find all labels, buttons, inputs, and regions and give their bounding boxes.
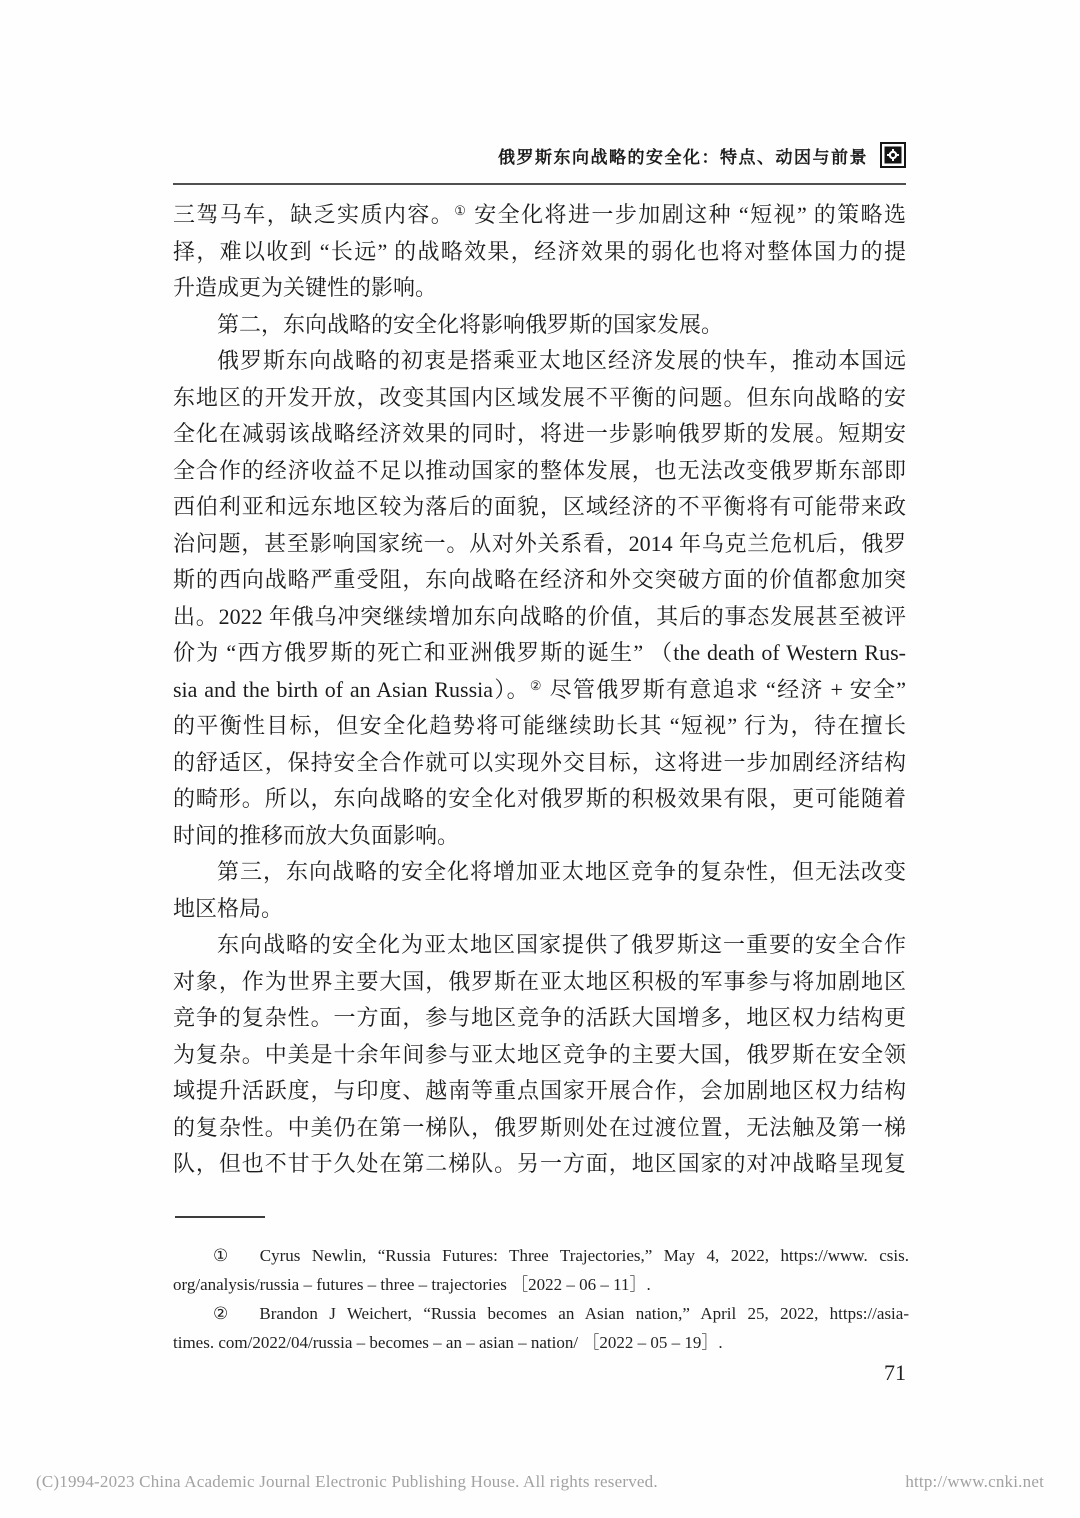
page-footer: (C)1994-2023 China Academic Journal Elec… (0, 1472, 1080, 1492)
text-run: 的平衡性目标，但安全化趋势将可能继续助长其 “短视” 行为，待在擅长 (173, 713, 906, 738)
text-run: 尽管俄罗斯有意追求 “经济 + 安全” (543, 677, 906, 702)
text-run: 东向战略的安全化为亚太地区国家提供了俄罗斯这一重要的安全合作 (217, 932, 906, 957)
body-line: 出。2022 年俄乌冲突继续增加东向战略的价值，其后的事态发展甚至被评 (173, 599, 906, 636)
text-run: 时间的推移而放大负面影响。 (173, 823, 459, 848)
footnote-line: ② Brandon J Weichert, “Russia becomes an… (173, 1299, 909, 1328)
text-run: 对象，作为世界主要大国，俄罗斯在亚太地区积极的军事参与将加剧地区 (173, 969, 906, 994)
body-line: 为复杂。中美是十余年间参与亚太地区竞争的主要大国，俄罗斯在安全领 (173, 1037, 906, 1074)
text-run: 择，难以收到 “长远” 的战略效果，经济效果的弱化也将对整体国力的提 (173, 239, 906, 264)
body-line: 竞争的复杂性。一方面，参与地区竞争的活跃大国增多，地区权力结构更 (173, 1000, 906, 1037)
footnote-line: ① Cyrus Newlin, “Russia Futures: Three T… (173, 1241, 909, 1270)
text-run: 的舒适区，保持安全合作就可以实现外交目标，这将进一步加剧经济结构 (173, 750, 906, 775)
text-run: sia and the birth of an Asian Russia）。 (173, 677, 530, 702)
text-run: 全化在减弱该战略经济效果的同时，将进一步影响俄罗斯的发展。短期安 (173, 421, 906, 446)
paragraph: 三驾马车，缺乏实质内容。① 安全化将进一步加剧这种 “短视” 的策略选择，难以收… (173, 197, 906, 307)
body-line: 斯的西向战略严重受阻，东向战略在经济和外交突破方面的价值都愈加突 (173, 562, 906, 599)
copyright-text: (C)1994-2023 China Academic Journal Elec… (36, 1472, 658, 1492)
text-run: 价为 “西方俄罗斯的死亡和亚洲俄罗斯的诞生” （the death of Wes… (173, 640, 906, 665)
body-line: 俄罗斯东向战略的初衷是搭乘亚太地区经济发展的快车，推动本国远 (173, 343, 906, 380)
body-line: 地区格局。 (173, 891, 906, 928)
paragraph: 第三，东向战略的安全化将增加亚太地区竞争的复杂性，但无法改变地区格局。 (173, 854, 906, 927)
body-line: 队，但也不甘于久处在第二梯队。另一方面，地区国家的对冲战略呈现复 (173, 1146, 906, 1183)
header-rule (173, 183, 906, 185)
body-line: 全化在减弱该战略经济效果的同时，将进一步影响俄罗斯的发展。短期安 (173, 416, 906, 453)
text-run: 队，但也不甘于久处在第二梯队。另一方面，地区国家的对冲战略呈现复 (173, 1151, 906, 1176)
body-line: 的畸形。所以，东向战略的安全化对俄罗斯的积极效果有限，更可能随着 (173, 781, 906, 818)
text-run: 的复杂性。中美仍在第一梯队，俄罗斯则处在过渡位置，无法触及第一梯 (173, 1115, 906, 1140)
ornament-stamp-icon (880, 142, 906, 168)
running-title: 俄罗斯东向战略的安全化：特点、动因与前景 (498, 143, 868, 168)
footnote-ref: ② (530, 678, 543, 693)
journal-page: 俄罗斯东向战略的安全化：特点、动因与前景 三驾马车，缺乏实质内容。① 安全化将进… (0, 0, 1080, 1518)
paragraph: 俄罗斯东向战略的初衷是搭乘亚太地区经济发展的快车，推动本国远东地区的开发开放，改… (173, 343, 906, 854)
body-line: sia and the birth of an Asian Russia）。② … (173, 672, 906, 709)
text-run: 出。2022 年俄乌冲突继续增加东向战略的价值，其后的事态发展甚至被评 (173, 604, 906, 629)
body-line: 三驾马车，缺乏实质内容。① 安全化将进一步加剧这种 “短视” 的策略选 (173, 197, 906, 234)
text-run: 全合作的经济收益不足以推动国家的整体发展，也无法改变俄罗斯东部即 (173, 458, 906, 483)
page-header: 俄罗斯东向战略的安全化：特点、动因与前景 (173, 142, 906, 168)
body-line: 治问题，甚至影响国家统一。从对外关系看，2014 年乌克兰危机后，俄罗 (173, 526, 906, 563)
body-line: 价为 “西方俄罗斯的死亡和亚洲俄罗斯的诞生” （the death of Wes… (173, 635, 906, 672)
text-run: 为复杂。中美是十余年间参与亚太地区竞争的主要大国，俄罗斯在安全领 (173, 1042, 906, 1067)
text-run: 安全化将进一步加剧这种 “短视” 的策略选 (467, 202, 906, 227)
paragraph: 第二，东向战略的安全化将影响俄罗斯的国家发展。 (173, 307, 906, 344)
body-line: 的舒适区，保持安全合作就可以实现外交目标，这将进一步加剧经济结构 (173, 745, 906, 782)
text-run: 西伯利亚和远东地区较为落后的面貌，区域经济的不平衡将有可能带来政 (173, 494, 906, 519)
cnki-url: http://www.cnki.net (905, 1472, 1044, 1492)
text-run: 第三，东向战略的安全化将增加亚太地区竞争的复杂性，但无法改变 (217, 859, 906, 884)
text-run: 地区格局。 (173, 896, 283, 921)
body-line: 时间的推移而放大负面影响。 (173, 818, 906, 855)
body-line: 择，难以收到 “长远” 的战略效果，经济效果的弱化也将对整体国力的提 (173, 234, 906, 271)
footnote-line: org/analysis/russia – futures – three – … (173, 1270, 909, 1299)
text-run: 升造成更为关键性的影响。 (173, 275, 437, 300)
text-run: 三驾马车，缺乏实质内容。 (173, 202, 454, 227)
body-line: 升造成更为关键性的影响。 (173, 270, 906, 307)
body-line: 东向战略的安全化为亚太地区国家提供了俄罗斯这一重要的安全合作 (173, 927, 906, 964)
page-number: 71 (173, 1360, 918, 1386)
text-run: 竞争的复杂性。一方面，参与地区竞争的活跃大国增多，地区权力结构更 (173, 1005, 906, 1030)
body-line: 第三，东向战略的安全化将增加亚太地区竞争的复杂性，但无法改变 (173, 854, 906, 891)
text-run: 东地区的开发开放，改变其国内区域发展不平衡的问题。但东向战略的安 (173, 385, 906, 410)
body-line: 第二，东向战略的安全化将影响俄罗斯的国家发展。 (173, 307, 906, 344)
body-line: 域提升活跃度，与印度、越南等重点国家开展合作，会加剧地区权力结构 (173, 1073, 906, 1110)
body-line: 的平衡性目标，但安全化趋势将可能继续助长其 “短视” 行为，待在擅长 (173, 708, 906, 745)
text-run: 治问题，甚至影响国家统一。从对外关系看，2014 年乌克兰危机后，俄罗 (173, 531, 906, 556)
text-run: 域提升活跃度，与印度、越南等重点国家开展合作，会加剧地区权力结构 (173, 1078, 906, 1103)
text-run: 第二，东向战略的安全化将影响俄罗斯的国家发展。 (217, 312, 723, 337)
body-line: 全合作的经济收益不足以推动国家的整体发展，也无法改变俄罗斯东部即 (173, 453, 906, 490)
text-run: 斯的西向战略严重受阻，东向战略在经济和外交突破方面的价值都愈加突 (173, 567, 906, 592)
text-run: 俄罗斯东向战略的初衷是搭乘亚太地区经济发展的快车，推动本国远 (217, 348, 906, 373)
footnote-divider (175, 1216, 265, 1218)
body-line: 的复杂性。中美仍在第一梯队，俄罗斯则处在过渡位置，无法触及第一梯 (173, 1110, 906, 1147)
text-run: 的畸形。所以，东向战略的安全化对俄罗斯的积极效果有限，更可能随着 (173, 786, 906, 811)
footnote-line: times. com/2022/04/russia – becomes – an… (173, 1328, 909, 1357)
body-line: 东地区的开发开放，改变其国内区域发展不平衡的问题。但东向战略的安 (173, 380, 906, 417)
body-line: 西伯利亚和远东地区较为落后的面貌，区域经济的不平衡将有可能带来政 (173, 489, 906, 526)
article-body: 三驾马车，缺乏实质内容。① 安全化将进一步加剧这种 “短视” 的策略选择，难以收… (173, 197, 906, 1183)
body-line: 对象，作为世界主要大国，俄罗斯在亚太地区积极的军事参与将加剧地区 (173, 964, 906, 1001)
footnote-ref: ① (454, 203, 467, 218)
footnotes: ① Cyrus Newlin, “Russia Futures: Three T… (173, 1241, 909, 1357)
paragraph: 东向战略的安全化为亚太地区国家提供了俄罗斯这一重要的安全合作对象，作为世界主要大… (173, 927, 906, 1183)
